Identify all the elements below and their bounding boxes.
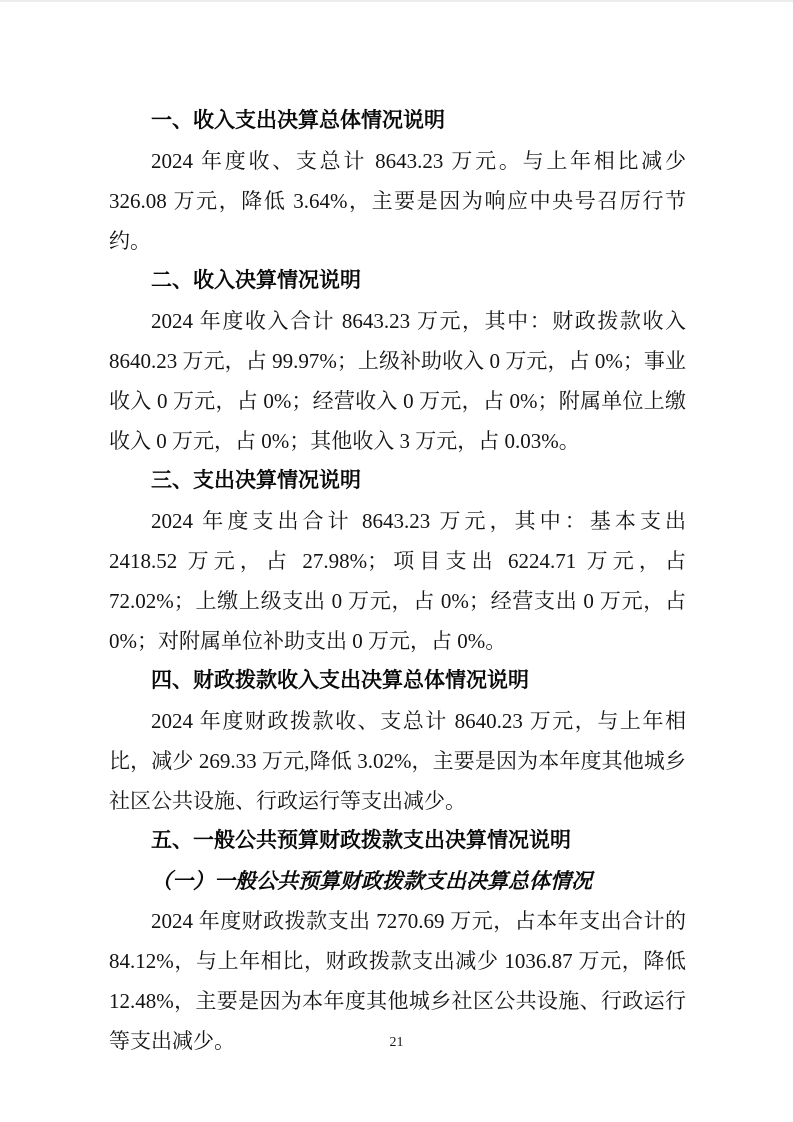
section-heading: 四、财政拨款收入支出决算总体情况说明 (109, 661, 686, 701)
page-footer: 21 (0, 1033, 793, 1051)
section-income-statement: 二、收入决算情况说明 2024 年度收入合计 8643.23 万元，其中：财政拨… (109, 261, 686, 461)
section-heading: 五、一般公共预算财政拨款支出决算情况说明 (109, 821, 686, 861)
section-fiscal-appropriation-overview: 四、财政拨款收入支出决算总体情况说明 2024 年度财政拨款收、支总计 8640… (109, 661, 686, 821)
paragraph: 2024 年度收、支总计 8643.23 万元。与上年相比减少 326.08 万… (109, 141, 686, 261)
section-income-expenditure-overview: 一、收入支出决算总体情况说明 2024 年度收、支总计 8643.23 万元。与… (109, 101, 686, 261)
document-body: 一、收入支出决算总体情况说明 2024 年度收、支总计 8643.23 万元。与… (109, 101, 686, 1061)
scan-edge-artifact (0, 0, 793, 2)
page-number: 21 (390, 1035, 404, 1050)
paragraph: 2024 年度财政拨款收、支总计 8640.23 万元，与上年相比，减少 269… (109, 701, 686, 821)
paragraph: 2024 年度收入合计 8643.23 万元，其中：财政拨款收入 8640.23… (109, 301, 686, 461)
paragraph: 2024 年度支出合计 8643.23 万元，其中：基本支出 2418.52 万… (109, 501, 686, 661)
section-subheading: （一）一般公共预算财政拨款支出决算总体情况 (109, 861, 686, 901)
section-heading: 三、支出决算情况说明 (109, 461, 686, 501)
section-general-public-budget: 五、一般公共预算财政拨款支出决算情况说明 （一）一般公共预算财政拨款支出决算总体… (109, 821, 686, 1061)
section-heading: 二、收入决算情况说明 (109, 261, 686, 301)
section-expenditure-statement: 三、支出决算情况说明 2024 年度支出合计 8643.23 万元，其中：基本支… (109, 461, 686, 661)
document-page: 一、收入支出决算总体情况说明 2024 年度收、支总计 8643.23 万元。与… (0, 0, 793, 1122)
section-heading: 一、收入支出决算总体情况说明 (109, 101, 686, 141)
